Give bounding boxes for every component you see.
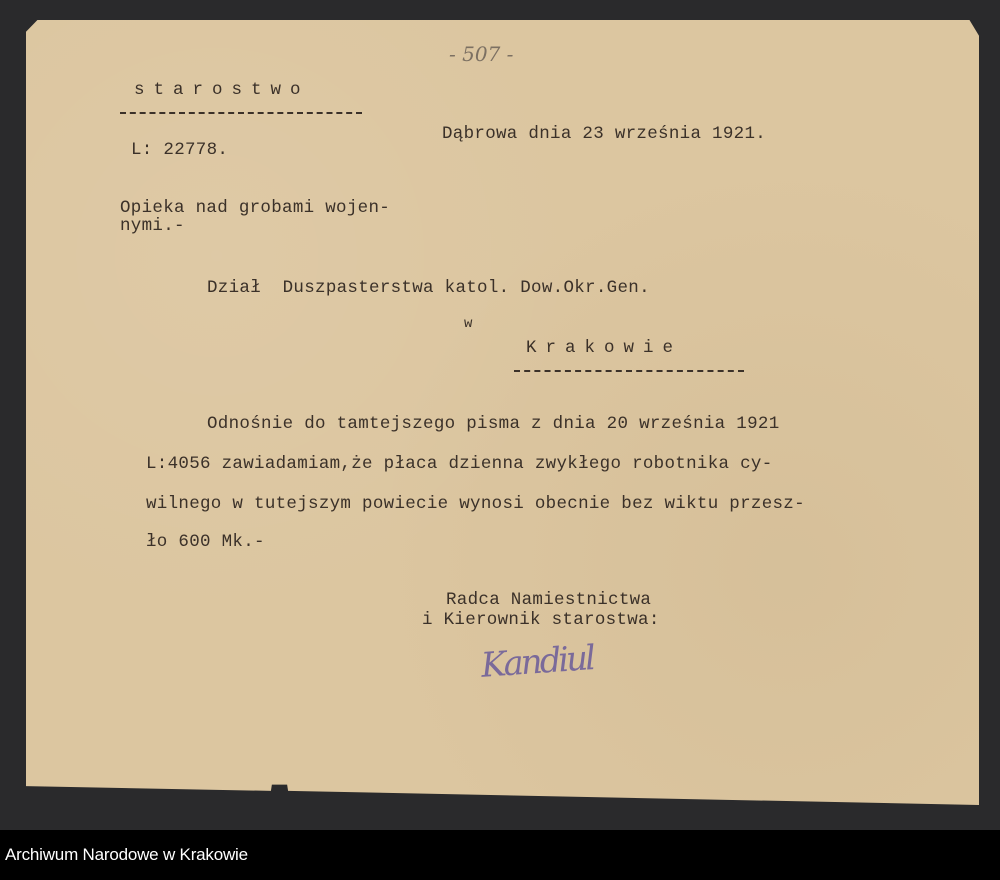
addressee-preposition: w xyxy=(464,316,473,332)
body-line-1: Odnośnie do tamtejszego pisma z dnia 20 … xyxy=(207,414,780,434)
addressee-line: Dział Duszpasterstwa katol. Dow.Okr.Gen. xyxy=(207,278,650,298)
body-line-3: wilnego w tutejszym powiecie wynosi obec… xyxy=(146,494,805,514)
handwritten-signature: Kandiul xyxy=(480,638,595,686)
addressee-city: Krakowie xyxy=(526,338,682,358)
office-underline xyxy=(120,112,362,114)
footer-bar: Archiwum Narodowe w Krakowie xyxy=(0,830,1000,880)
body-line-2: L:4056 zawiadamiam,że płaca dzienna zwyk… xyxy=(146,454,773,474)
subject-line-2: nymi.- xyxy=(120,216,185,236)
signatory-title-1: Radca Namiestnictwa xyxy=(446,590,651,610)
body-line-4: ło 600 Mk.- xyxy=(146,532,265,552)
office-heading: starostwo xyxy=(134,80,310,100)
subject-line-1: Opieka nad grobami wojen- xyxy=(120,198,390,218)
page-number: - 507 - xyxy=(449,42,513,66)
document-page: - 507 - starostwo L: 22778. Dąbrowa dnia… xyxy=(26,20,979,805)
place-date: Dąbrowa dnia 23 września 1921. xyxy=(442,124,766,144)
reference-number: L: 22778. xyxy=(131,140,228,160)
archive-name: Archiwum Narodowe w Krakowie xyxy=(5,845,248,865)
city-underline xyxy=(514,370,744,372)
signatory-title-2: i Kierownik starostwa: xyxy=(422,610,660,630)
